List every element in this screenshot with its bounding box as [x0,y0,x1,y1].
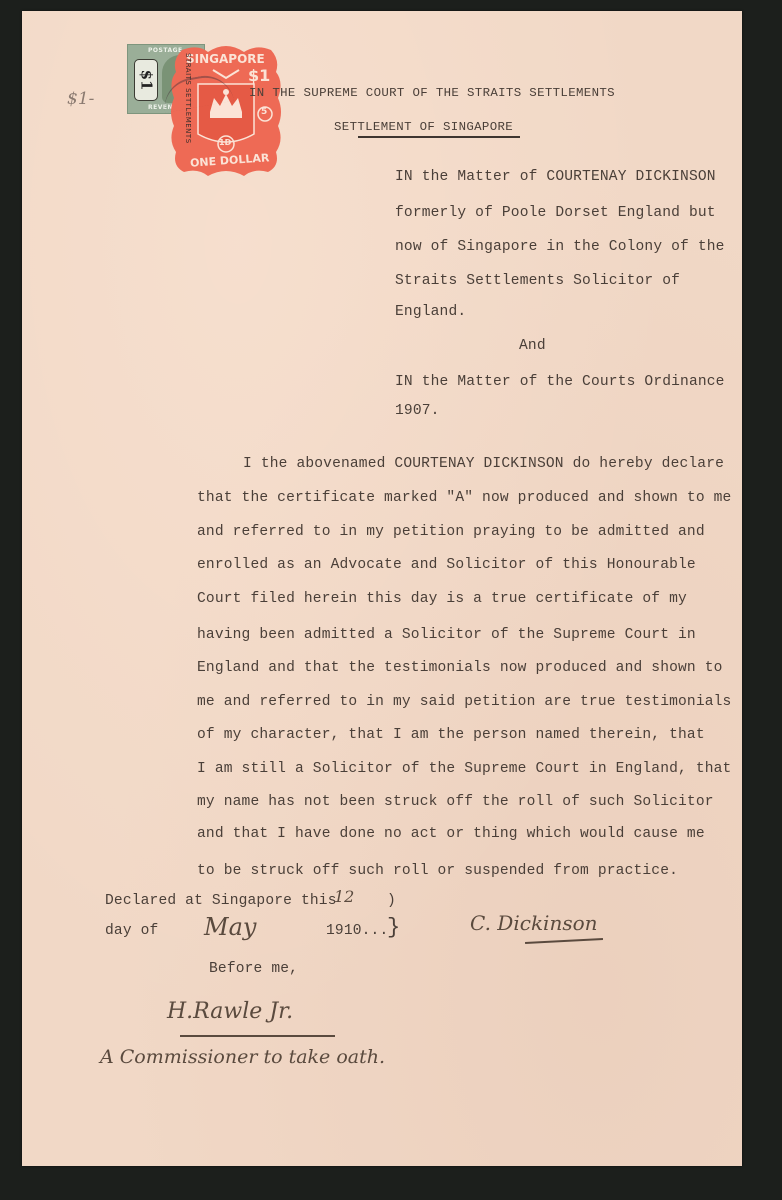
jurat-year: 1910... [326,922,388,940]
revenue-stamp-top-text: SINGAPORE [186,52,265,66]
commissioner-title: A Commissioner to take oath. [100,1046,385,1068]
declaration-line: to be struck off such roll or suspended … [197,862,678,880]
matter-line: formerly of Poole Dorset England but [395,204,716,222]
declaration-line: my name has not been struck off the roll… [197,793,714,811]
handwritten-day: 12 [334,887,354,906]
jurat-bracket-top: ) [387,892,396,910]
declared-at-label: Declared at Singapore this [105,892,337,910]
commissioner-signature-underline [180,1035,335,1037]
jurat-bracket-bottom: } [387,915,400,941]
document-page: $1- POSTAGE $1 REVENUE SINGAPORE $1 5 1D… [22,11,742,1166]
declaration-line: England and that the testimonials now pr… [197,659,723,677]
revenue-stamp-center-mark: 1D [219,138,231,147]
matter-line: Straits Settlements Solicitor of [395,272,680,290]
declaration-line: me and referred to in my said petition a… [197,693,731,711]
declarant-signature-underline [525,938,603,944]
declaration-line: enrolled as an Advocate and Solicitor of… [197,556,696,574]
before-me-label: Before me, [209,960,298,978]
declaration-line: Court filed herein this day is a true ce… [197,590,687,608]
settlement-title: SETTLEMENT OF SINGAPORE [334,118,513,136]
declaration-line: of my character, that I am the person na… [197,726,705,744]
commissioner-signature: H.Rawle Jr. [167,999,293,1024]
revenue-stamp-denomination: $1 [248,66,270,85]
handwritten-month: May [204,913,256,941]
declaration-line: I the abovenamed COURTENAY DICKINSON do … [243,455,724,473]
postage-stamp-denomination-badge: $1 [134,59,158,101]
declarant-signature: C. Dickinson [470,911,598,935]
margin-note: $1- [67,89,94,109]
day-of-label: day of [105,922,158,940]
matter-line: now of Singapore in the Colony of the [395,238,725,256]
ordinance-line: IN the Matter of the Courts Ordinance [395,373,725,391]
court-title: IN THE SUPREME COURT OF THE STRAITS SETT… [249,84,615,102]
declaration-line: I am still a Solicitor of the Supreme Co… [197,760,731,778]
declaration-line: that the certificate marked "A" now prod… [197,489,731,507]
ordinance-line: 1907. [395,402,440,420]
matter-line: England. [395,303,466,321]
conjunction-and: And [519,337,546,355]
settlement-underline [358,136,520,138]
declaration-line: and referred to in my petition praying t… [197,523,705,541]
declaration-line: and that I have done no act or thing whi… [197,825,705,843]
postage-stamp-denomination: $1 [137,70,155,91]
matter-line: IN the Matter of COURTENAY DICKINSON [395,168,716,186]
revenue-stamp-side-mark: 5 [261,107,267,117]
declaration-line: having been admitted a Solicitor of the … [197,626,696,644]
